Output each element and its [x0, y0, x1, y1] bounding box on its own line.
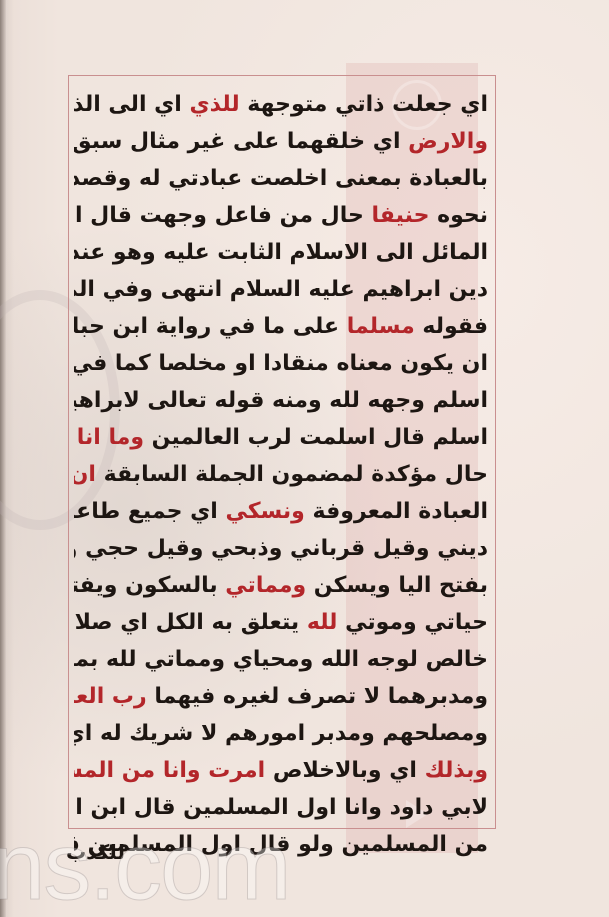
body-text: بالسكون ويفتح اي: [74, 573, 225, 598]
body-text: ومدبرهما لا تصرف لغيره فيهما: [147, 684, 488, 709]
rubric-text: للذي: [190, 92, 240, 117]
body-text: بفتح اليا ويسكن: [306, 573, 488, 598]
manuscript-line: دين ابراهيم عليه السلام انتهى وفي المهذب…: [74, 271, 488, 308]
manuscript-line: وبذلك اي وبالاخلاص امرت وانا من المسلمين…: [74, 752, 488, 789]
manuscript-line: ومدبرهما لا تصرف لغيره فيهما رب العالمين…: [74, 678, 488, 715]
manuscript-line: حياتي وموتي لله يتعلق به الكل اي صلاتي و…: [74, 604, 488, 641]
body-text: حال مؤكدة لمضمون الجملة السابقة: [96, 462, 488, 487]
body-text: خالص لوجه الله ومحياي ومماتي لله بمعنى ا…: [74, 647, 488, 672]
text-block: اي جعلت ذاتي متوجهة للذي اي الى الذي فطر…: [74, 86, 488, 863]
watermark: ns.com: [0, 812, 289, 917]
rubric-text: ومماتي: [225, 573, 306, 598]
body-text: ديني وقيل قرباني وذبحي وقيل حجي وعمرتي: [74, 536, 488, 561]
manuscript-line: اي جعلت ذاتي متوجهة للذي اي الى الذي فطر…: [74, 86, 488, 123]
manuscript-page: اي جعلت ذاتي متوجهة للذي اي الى الذي فطر…: [0, 0, 609, 917]
body-text: على ما في رواية ابن حبان تاكيد له ويمكن: [74, 314, 347, 339]
body-text: فقوله: [415, 314, 488, 339]
manuscript-line: خالص لوجه الله ومحياي ومماتي لله بمعنى ا…: [74, 641, 488, 678]
body-text: اي خلقهما على غير مثال سبق وقال المبرك ا…: [74, 129, 408, 154]
body-text: دين ابراهيم عليه السلام انتهى وفي المهذب…: [74, 277, 488, 302]
rubric-text: ان صلاتي: [74, 462, 96, 487]
manuscript-line: المائل الى الاسلام الثابت عليه وهو عند ا…: [74, 234, 488, 271]
body-text: اي وبالاخلاص: [265, 758, 424, 783]
rubric-text: لله: [307, 610, 338, 635]
manuscript-line: حال مؤكدة لمضمون الجملة السابقة ان صلاتي…: [74, 456, 488, 493]
body-text: المائل الى الاسلام الثابت عليه وهو عند ا…: [74, 240, 488, 265]
body-text: العبادة المعروفة: [305, 499, 488, 524]
body-text: نحوه: [429, 203, 488, 228]
body-text: اي جميع طاعاتي وقيل: [74, 499, 225, 524]
manuscript-line: ومصلحهم ومدبر امورهم لا شريك له اي في جم…: [74, 715, 488, 752]
manuscript-line: العبادة المعروفة ونسكي اي جميع طاعاتي وق…: [74, 493, 488, 530]
body-text: اسلم وجهه لله ومنه قوله تعالى لابراهيم ع…: [74, 388, 488, 413]
rubric-text: امرت وانا من المسلمين: [74, 758, 265, 783]
manuscript-line: فقوله مسلما على ما في رواية ابن حبان تاك…: [74, 308, 488, 345]
body-text: يتعلق به الكل اي صلاتي ونسكي: [74, 610, 307, 635]
manuscript-line: والارض اي خلقهما على غير مثال سبق وقال ا…: [74, 123, 488, 160]
rubric-text: حنيفا: [372, 203, 430, 228]
body-text: ان يكون معناه منقادا او مخلصا كما في قول…: [74, 351, 488, 376]
rubric-text: وبذلك: [425, 758, 488, 783]
manuscript-line: اسلم قال اسلمت لرب العالمين وما انا من ا…: [74, 419, 488, 456]
manuscript-line: ديني وقيل قرباني وذبحي وقيل حجي وعمرتي و…: [74, 530, 488, 567]
manuscript-line: بفتح اليا ويسكن ومماتي بالسكون ويفتح اي: [74, 567, 488, 604]
manuscript-line: اسلم وجهه لله ومنه قوله تعالى لابراهيم ع…: [74, 382, 488, 419]
rubric-text: رب العالمين: [74, 684, 147, 709]
body-text: بالعبادة بمعنى اخلصت عبادتي له وقصدت بعب…: [74, 166, 488, 191]
body-text: اي جعلت ذاتي متوجهة: [240, 92, 488, 117]
body-text: اي الى الذي: [74, 92, 190, 117]
rubric-text: مسلما: [347, 314, 415, 339]
body-text: اسلم قال اسلمت لرب العالمين: [144, 425, 488, 450]
body-text: حياتي وموتي: [337, 610, 488, 635]
manuscript-line: نحوه حنيفا حال من فاعل وجهت قال المؤلف ا…: [74, 197, 488, 234]
body-text: ومصلحهم ومدبر امورهم لا شريك له اي في جم…: [74, 721, 488, 746]
body-text: حال من فاعل وجهت قال المؤلف الحنيف: [74, 203, 372, 228]
rubric-text: والارض: [408, 129, 488, 154]
rubric-text: ونسكي: [225, 499, 304, 524]
manuscript-line: بالعبادة بمعنى اخلصت عبادتي له وقصدت بعب…: [74, 160, 488, 197]
rubric-text: وما انا من المشركين: [74, 425, 144, 450]
manuscript-line: ان يكون معناه منقادا او مخلصا كما في قول…: [74, 345, 488, 382]
